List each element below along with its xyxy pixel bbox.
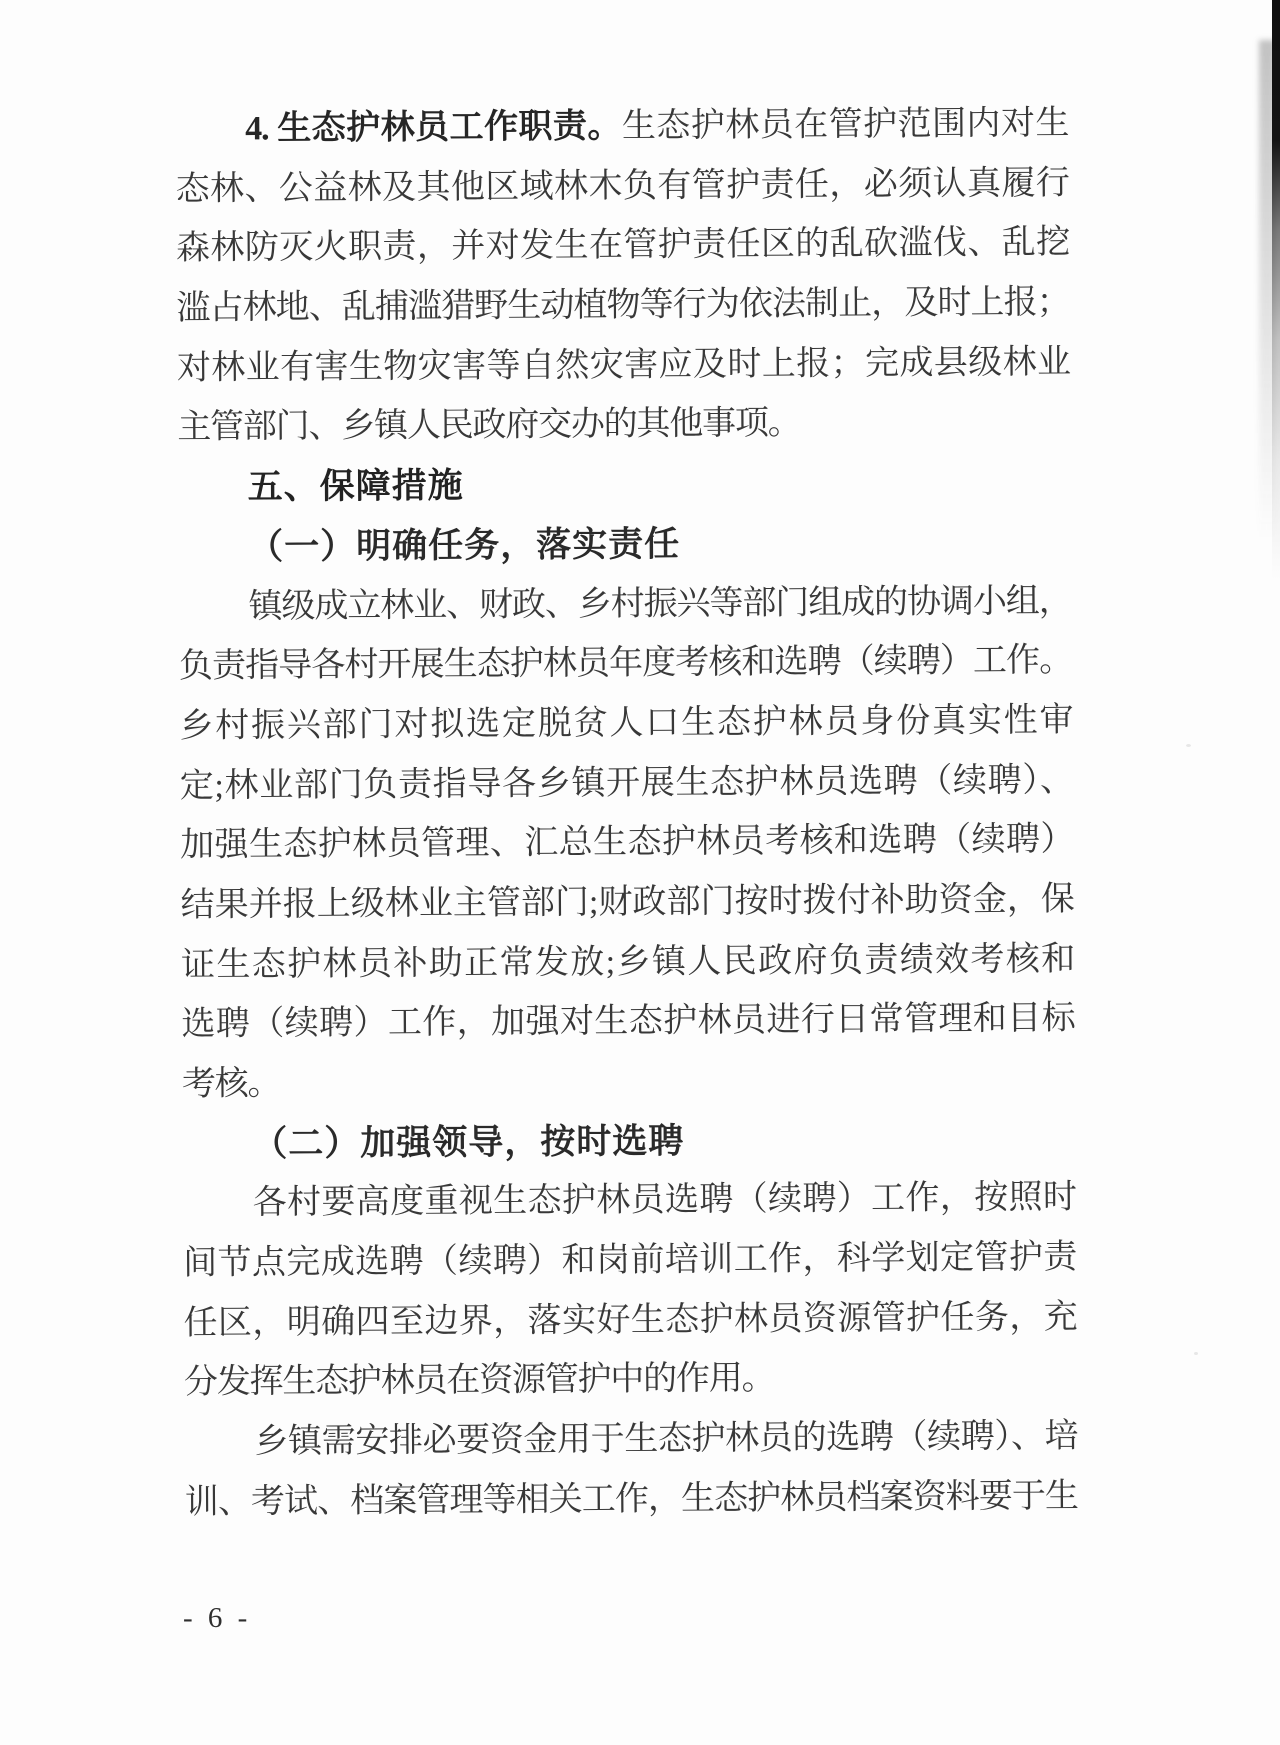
paragraph-line: 分发挥生态护林员在资源管护中的作用。 bbox=[184, 1347, 1077, 1413]
line-text: 负责指导各村开展生态护林员年度考核和选聘（续聘）工作。 bbox=[179, 642, 1072, 685]
paragraph-line: 镇级成立林业、财政、乡村振兴等部门组成的协调小组， bbox=[178, 571, 1071, 637]
paragraph-line: 乡村振兴部门对拟选定脱贫人口生态护林员身份真实性审 bbox=[179, 691, 1072, 757]
line-text: 森林防灭火职责，并对发生在管护责任区的乱砍滥伐、乱挖 bbox=[176, 224, 1069, 267]
document-text-block: 4. 生态护林员工作职责。生态护林员在管护范围内对生 态林、公益林及其他区域林木… bbox=[175, 94, 1078, 1533]
paragraph-line: 加强生态护林员管理、汇总生态护林员考核和选聘（续聘） bbox=[180, 810, 1073, 876]
section-heading-5: 五、保障措施 bbox=[178, 452, 1071, 518]
heading-text: 五、保障措施 bbox=[248, 466, 464, 507]
line-text: 各村要高度重视生态护林员选聘（续聘）工作，按照时 bbox=[253, 1179, 1076, 1222]
line-text: 训、考试、档案管理等相关工作，生态护林员档案资料要于生 bbox=[185, 1478, 1078, 1521]
paragraph-line: 4. 生态护林员工作职责。生态护林员在管护范围内对生 bbox=[175, 94, 1068, 160]
subsection-heading-2: （二）加强领导，按时选聘 bbox=[182, 1108, 1075, 1174]
line-text: 乡村振兴部门对拟选定脱贫人口生态护林员身份真实性审 bbox=[179, 702, 1072, 745]
line-text: 乡镇需安排必要资金用于生态护林员的选聘（续聘）、培 bbox=[254, 1418, 1077, 1461]
line-text: 加强生态护林员管理、汇总生态护林员考核和选聘（续聘） bbox=[180, 821, 1073, 864]
subsection-heading-1: （一）明确任务，落实责任 bbox=[178, 512, 1071, 578]
paragraph-line: 考核。 bbox=[182, 1049, 1075, 1115]
heading-text: （二）加强领导，按时选聘 bbox=[252, 1121, 684, 1163]
paragraph-line: 训、考试、档案管理等相关工作，生态护林员档案资料要于生 bbox=[185, 1467, 1078, 1533]
paragraph-line: 定;林业部门负责指导各乡镇开展生态护林员选聘（续聘）、 bbox=[180, 750, 1073, 816]
scan-speck bbox=[1186, 744, 1191, 747]
bold-lead-text: 4. 生态护林员工作职责。 bbox=[245, 108, 622, 148]
paragraph-line: 态林、公益林及其他区域林木负有管护责任，必须认真履行 bbox=[175, 153, 1068, 219]
line-text: 间节点完成选聘（续聘）和岗前培训工作，科学划定管护责 bbox=[183, 1239, 1076, 1282]
line-text: 结果并报上级林业主管部门;财政部门按时拨付补助资金，保 bbox=[180, 881, 1073, 924]
paragraph-line: 间节点完成选聘（续聘）和岗前培训工作，科学划定管护责 bbox=[183, 1228, 1076, 1294]
paragraph-line: 选聘（续聘）工作，加强对生态护林员进行日常管理和目标 bbox=[181, 989, 1074, 1055]
paragraph-line: 各村要高度重视生态护林员选聘（续聘）工作，按照时 bbox=[183, 1168, 1076, 1234]
paragraph-line: 任区，明确四至边界，落实好生态护林员资源管护任务，充 bbox=[183, 1287, 1076, 1353]
page-number: - 6 - bbox=[183, 1602, 251, 1635]
paragraph-line: 对林业有害生物灾害等自然灾害应及时上报；完成县级林业 bbox=[177, 333, 1070, 399]
paragraph-line: 滥占林地、乱捕滥猎野生动植物等行为依法制止，及时上报； bbox=[176, 273, 1069, 339]
line-text: 任区，明确四至边界，落实好生态护林员资源管护任务，充 bbox=[183, 1298, 1076, 1341]
line-text: 定;林业部门负责指导各乡镇开展生态护林员选聘（续聘）、 bbox=[180, 761, 1073, 804]
line-text: 态林、公益林及其他区域林木负有管护责任，必须认真履行 bbox=[175, 164, 1068, 207]
line-text: 证生态护林员补助正常发放;乡镇人民政府负责绩效考核和 bbox=[181, 940, 1074, 983]
scan-edge-shadow bbox=[1272, 0, 1280, 580]
line-text: 分发挥生态护林员在资源管护中的作用。 bbox=[184, 1360, 775, 1401]
paragraph-line: 证生态护林员补助正常发放;乡镇人民政府负责绩效考核和 bbox=[181, 929, 1074, 995]
line-text: 主管部门、乡镇人民政府交办的其他事项。 bbox=[177, 405, 800, 446]
line-text: 镇级成立林业、财政、乡村振兴等部门组成的协调小组， bbox=[248, 582, 1071, 625]
line-text: 考核。 bbox=[182, 1065, 281, 1103]
heading-text: （一）明确任务，落实责任 bbox=[248, 524, 680, 566]
paragraph-line: 负责指导各村开展生态护林员年度考核和选聘（续聘）工作。 bbox=[179, 631, 1072, 697]
paragraph-line: 森林防灭火职责，并对发生在管护责任区的乱砍滥伐、乱挖 bbox=[176, 213, 1069, 279]
paragraph-line: 乡镇需安排必要资金用于生态护林员的选聘（续聘）、培 bbox=[184, 1407, 1077, 1473]
line-text: 对林业有害生物灾害等自然灾害应及时上报；完成县级林业 bbox=[177, 344, 1070, 387]
line-text: 选聘（续聘）工作，加强对生态护林员进行日常管理和目标 bbox=[181, 1000, 1074, 1043]
line-text: 滥占林地、乱捕滥猎野生动植物等行为依法制止，及时上报； bbox=[176, 284, 1069, 327]
paragraph-line: 主管部门、乡镇人民政府交办的其他事项。 bbox=[177, 392, 1070, 458]
line-text: 生态护林员在管护范围内对生 bbox=[622, 105, 1069, 145]
paragraph-line: 结果并报上级林业主管部门;财政部门按时拨付补助资金，保 bbox=[180, 870, 1073, 936]
document-page: 4. 生态护林员工作职责。生态护林员在管护范围内对生 态林、公益林及其他区域林木… bbox=[0, 0, 1280, 1745]
scan-speck bbox=[1194, 1352, 1198, 1355]
